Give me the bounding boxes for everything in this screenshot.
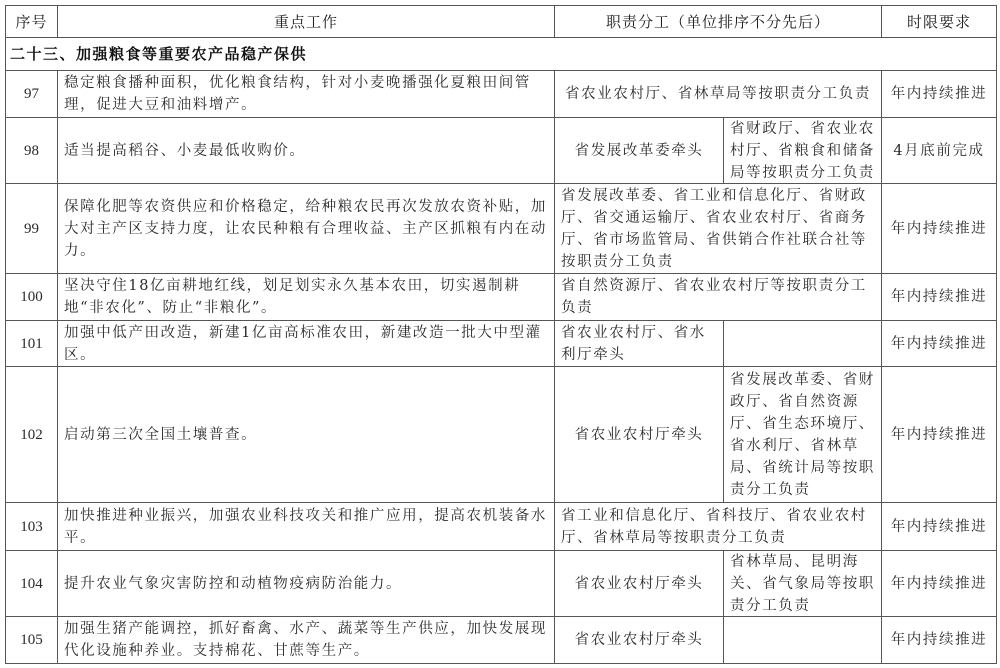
row-duty: 省农业农村厅、省林草局等按职责分工负责 <box>555 71 882 118</box>
row-task: 启动第三次全国土壤普查。 <box>58 367 555 503</box>
row-duty: 省发展改革委、省工业和信息化厅、省财政厅、省交通运输厅、省农业农村厅、省商务厅、… <box>555 184 882 274</box>
row-deadline: 年内持续推进 <box>882 274 996 321</box>
row-seq: 104 <box>6 551 58 617</box>
row-lead: 省农业农村厅牵头 <box>555 551 724 617</box>
duty-text: 省发展改革委、省财政厅、省自然资源厅、省生态环境厅、省水利厅、省林草局、省统计局… <box>730 369 875 501</box>
header-seq: 序号 <box>6 6 58 38</box>
row-duty: 省林草局、昆明海关、省气象局等按职责分工负责 <box>724 551 882 617</box>
task-text: 加强中低产田改造，新建1亿亩高标准农田，新建改造一批大中型灌区。 <box>64 322 548 366</box>
row-task: 加强生猪产能调控，抓好畜禽、水产、蔬菜等生产供应，加快发展现代化设施种养业。支持… <box>58 617 555 663</box>
row-task: 适当提高稻谷、小麦最低收购价。 <box>58 118 555 184</box>
task-text: 保障化肥等农资供应和价格稳定，给种粮农民再次发放农资补贴，加大对主产区支持力度，… <box>64 196 548 262</box>
row-deadline: 年内持续推进 <box>882 503 996 551</box>
duty-text: 省财政厅、省农业农村厅、省粮食和储备局等按职责分工负责 <box>730 118 875 184</box>
row-task: 保障化肥等农资供应和价格稳定，给种粮农民再次发放农资补贴，加大对主产区支持力度，… <box>58 184 555 274</box>
row-duty: 省发展改革委、省财政厅、省自然资源厅、省生态环境厅、省水利厅、省林草局、省统计局… <box>724 367 882 503</box>
row-deadline: 年内持续推进 <box>882 71 996 118</box>
task-text: 提升农业气象灾害防控和动植物疫病防治能力。 <box>64 573 548 595</box>
work-task-table: 序号 重点工作 职责分工（单位排序不分先后） 时限要求 二十三、加强粮食等重要农… <box>5 5 997 664</box>
header-deadline: 时限要求 <box>882 6 996 38</box>
row-seq: 97 <box>6 71 58 118</box>
row-deadline: 年内持续推进 <box>882 617 996 663</box>
row-duty: 省财政厅、省农业农村厅、省粮食和储备局等按职责分工负责 <box>724 118 882 184</box>
task-text: 加快推进种业振兴，加强农业科技攻关和推广应用，提高农机装备水平。 <box>64 505 548 549</box>
row-seq: 98 <box>6 118 58 184</box>
row-seq: 102 <box>6 367 58 503</box>
section-title: 二十三、加强粮食等重要农产品稳产保供 <box>6 38 996 71</box>
row-seq: 105 <box>6 617 58 663</box>
row-task: 加快推进种业振兴，加强农业科技攻关和推广应用，提高农机装备水平。 <box>58 503 555 551</box>
row-seq: 99 <box>6 184 58 274</box>
row-task: 坚决守住18亿亩耕地红线，划足划实永久基本农田，切实遏制耕地“非农化”、防止“非… <box>58 274 555 321</box>
task-text: 坚决守住18亿亩耕地红线，划足划实永久基本农田，切实遏制耕地“非农化”、防止“非… <box>64 275 548 319</box>
row-lead: 省发展改革委牵头 <box>555 118 724 184</box>
row-duty <box>724 617 882 663</box>
task-text: 启动第三次全国土壤普查。 <box>64 424 548 446</box>
lead-text: 省农业农村厅、省水利厅牵头 <box>561 322 717 366</box>
row-lead: 省农业农村厅牵头 <box>555 617 724 663</box>
row-seq: 100 <box>6 274 58 321</box>
row-task: 稳定粮食播种面积，优化粮食结构，针对小麦晚播强化夏粮田间管理，促进大豆和油料增产… <box>58 71 555 118</box>
row-duty: 省自然资源厅、省农业农村厅等按职责分工负责 <box>555 274 882 321</box>
row-seq: 103 <box>6 503 58 551</box>
duty-text: 省自然资源厅、省农业农村厅等按职责分工负责 <box>561 275 875 319</box>
row-duty <box>724 321 882 367</box>
header-duty: 职责分工（单位排序不分先后） <box>555 6 882 38</box>
duty-text: 省林草局、昆明海关、省气象局等按职责分工负责 <box>730 551 875 617</box>
row-deadline: 年内持续推进 <box>882 367 996 503</box>
row-lead: 省农业农村厅、省水利厅牵头 <box>555 321 724 367</box>
row-lead: 省农业农村厅牵头 <box>555 367 724 503</box>
duty-text: 省发展改革委、省工业和信息化厅、省财政厅、省交通运输厅、省农业农村厅、省商务厅、… <box>561 185 875 273</box>
header-task: 重点工作 <box>58 6 555 38</box>
task-text: 适当提高稻谷、小麦最低收购价。 <box>64 140 548 162</box>
task-text: 稳定粮食播种面积，优化粮食结构，针对小麦晚播强化夏粮田间管理，促进大豆和油料增产… <box>64 72 548 116</box>
row-seq: 101 <box>6 321 58 367</box>
task-text: 加强生猪产能调控，抓好畜禽、水产、蔬菜等生产供应，加快发展现代化设施种养业。支持… <box>64 618 548 662</box>
duty-text: 省工业和信息化厅、省科技厅、省农业农村厅、省林草局等按职责分工负责 <box>561 505 875 549</box>
row-deadline: 年内持续推进 <box>882 551 996 617</box>
row-deadline: 年内持续推进 <box>882 184 996 274</box>
row-deadline: 4月底前完成 <box>882 118 996 184</box>
row-deadline: 年内持续推进 <box>882 321 996 367</box>
row-duty: 省工业和信息化厅、省科技厅、省农业农村厅、省林草局等按职责分工负责 <box>555 503 882 551</box>
row-task: 加强中低产田改造，新建1亿亩高标准农田，新建改造一批大中型灌区。 <box>58 321 555 367</box>
row-task: 提升农业气象灾害防控和动植物疫病防治能力。 <box>58 551 555 617</box>
